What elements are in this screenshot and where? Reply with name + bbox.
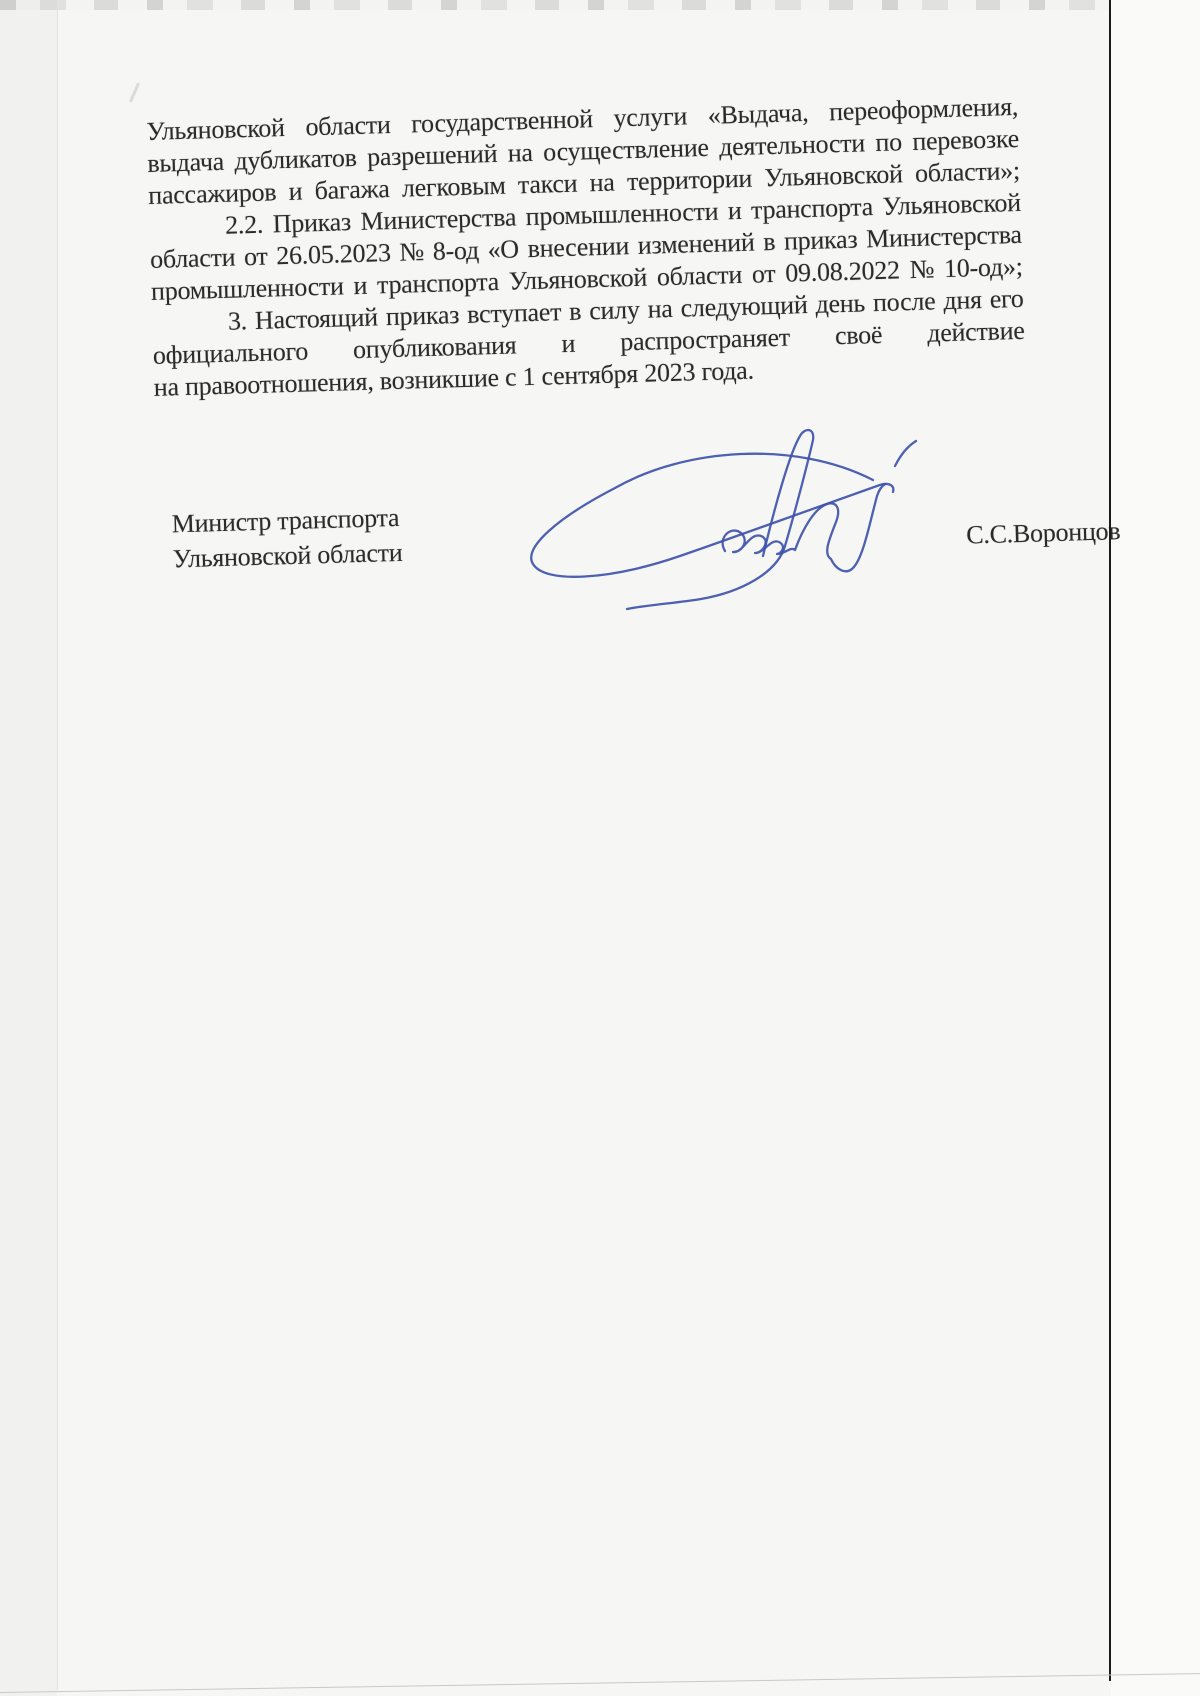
word: пассажиров: [148, 176, 277, 212]
word: области: [150, 241, 236, 275]
handwritten-signature: [505, 396, 925, 611]
word: 26.05.2023: [276, 237, 391, 272]
word: опубликования: [353, 329, 517, 366]
word: осуществление: [543, 132, 709, 169]
word: после: [873, 285, 936, 319]
word: №: [909, 253, 934, 286]
word: его: [989, 283, 1024, 316]
scan-right-strip: [1111, 0, 1200, 1696]
word: распространяет: [620, 322, 791, 359]
word: выдача: [147, 146, 224, 180]
word: 09.08.2022: [785, 254, 900, 289]
word: внесении: [527, 230, 629, 265]
word: дня: [943, 284, 982, 317]
word: области: [656, 259, 742, 293]
word: действие: [927, 315, 1025, 350]
word: №: [399, 236, 424, 269]
word: Министерства: [360, 201, 517, 237]
word: от: [751, 258, 775, 291]
word: услуги: [613, 100, 687, 134]
word: легковым: [401, 170, 506, 205]
word: 3.: [227, 305, 247, 338]
word: по: [875, 126, 902, 159]
word: дубликатов: [234, 142, 357, 178]
word: транспорта: [377, 266, 500, 301]
word: силу: [589, 294, 640, 327]
word: и: [353, 270, 368, 302]
word: Ульяновской: [882, 187, 1021, 223]
word: деятельности: [719, 127, 866, 163]
word: официального: [152, 335, 308, 371]
word: государственной: [411, 103, 593, 140]
word: и: [727, 195, 742, 227]
word: багажа: [314, 173, 390, 207]
word: 2.2.: [225, 209, 264, 242]
word: разрешений: [367, 138, 498, 174]
word: «О: [487, 233, 519, 266]
page-fold-line: [57, 0, 58, 1690]
scanned-page: Ульяновскойобластигосударственнойуслуги«…: [0, 0, 1200, 1696]
paragraph-block: Ульяновскойобластигосударственнойуслуги«…: [146, 91, 1026, 404]
word: в: [763, 226, 776, 258]
word: Настоящий: [254, 301, 378, 337]
word: на: [507, 137, 533, 170]
word: 8-од: [432, 234, 479, 267]
word: своё: [835, 319, 883, 352]
word: в: [569, 296, 582, 328]
word: «Выдача,: [707, 97, 809, 132]
scan-vertical-line: [1109, 0, 1111, 1681]
scan-edge-noise: [0, 0, 1200, 10]
word: Ульяновской: [508, 262, 647, 298]
page-left-margin-shade: [0, 0, 57, 1696]
bleed-through-smudge: [129, 82, 140, 102]
page-bottom-edge: [0, 1673, 1200, 1693]
word: от: [244, 241, 268, 274]
word: на: [589, 167, 615, 200]
signatory-name: С.С.Воронцов: [966, 515, 1121, 551]
word: Ульяновской: [146, 112, 285, 148]
word: вступает: [467, 296, 562, 331]
word: Ульяновской: [764, 158, 903, 194]
signatory-role: Министр транспорта Ульяновской области: [171, 500, 403, 577]
word: области»;: [915, 155, 1021, 190]
word: следующий: [680, 289, 808, 325]
word: Приказ: [272, 206, 351, 240]
word: день: [815, 287, 865, 320]
word: приказ: [385, 299, 459, 333]
role-line-2: Ульяновской области: [172, 535, 403, 577]
word: такси: [517, 168, 577, 202]
word: транспорта: [751, 191, 874, 226]
word: Министерства: [866, 219, 1023, 255]
word: перевозке: [912, 123, 1020, 158]
word: 10-од»;: [944, 251, 1024, 285]
word: области: [305, 109, 391, 143]
word: изменений: [637, 227, 755, 262]
word: на: [647, 293, 673, 326]
word: территории: [627, 163, 753, 199]
word: и: [288, 176, 303, 208]
word: приказ: [784, 224, 858, 258]
word: и: [561, 328, 576, 360]
